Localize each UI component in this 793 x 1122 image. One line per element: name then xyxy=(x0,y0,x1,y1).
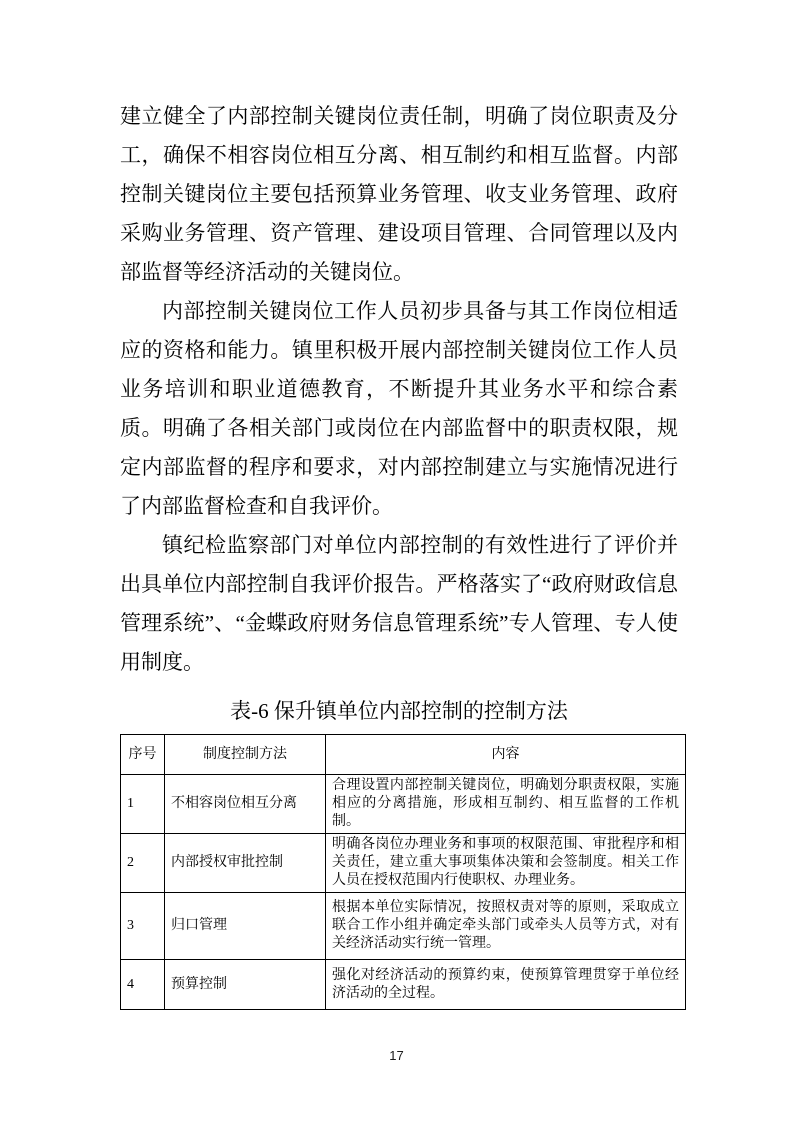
cell-content: 合理设置内部控制关键岗位，明确划分职责权限，实施相应的分离措施，形成相互制约、相… xyxy=(326,775,686,834)
table-caption: 表-6 保升镇单位内部控制的控制方法 xyxy=(120,696,678,726)
paragraph: 内部控制关键岗位工作人员初步具备与其工作岗位相适应的资格和能力。镇里积极开展内部… xyxy=(120,292,678,526)
paragraph: 镇纪检监察部门对单位内部控制的有效性进行了评价并出具单位内部控制自我评价报告。严… xyxy=(120,526,678,682)
cell-index: 2 xyxy=(121,834,165,893)
cell-index: 4 xyxy=(121,960,165,1010)
cell-index: 1 xyxy=(121,775,165,834)
page-number: 17 xyxy=(0,1048,793,1063)
header-cell-index: 序号 xyxy=(121,735,165,775)
header-cell-content: 内容 xyxy=(326,735,686,775)
cell-method: 内部授权审批控制 xyxy=(165,834,326,893)
cell-content: 根据本单位实际情况，按照权责对等的原则，采取成立联合工作小组并确定牵头部门或牵头… xyxy=(326,893,686,960)
header-cell-method: 制度控制方法 xyxy=(165,735,326,775)
control-methods-table: 序号 制度控制方法 内容 1 不相容岗位相互分离 合理设置内部控制关键岗位，明确… xyxy=(120,734,686,1010)
table-row: 4 预算控制 强化对经济活动的预算约束，使预算管理贯穿于单位经济活动的全过程。 xyxy=(121,960,686,1010)
cell-method: 不相容岗位相互分离 xyxy=(165,775,326,834)
cell-content: 明确各岗位办理业务和事项的权限范围、审批程序和相关责任，建立重大事项集体决策和会… xyxy=(326,834,686,893)
paragraph: 建立健全了内部控制关键岗位责任制，明确了岗位职责及分工，确保不相容岗位相互分离、… xyxy=(120,97,678,292)
cell-index: 3 xyxy=(121,893,165,960)
document-page: 建立健全了内部控制关键岗位责任制，明确了岗位职责及分工，确保不相容岗位相互分离、… xyxy=(0,0,793,1122)
table-header-row: 序号 制度控制方法 内容 xyxy=(121,735,686,775)
document-content: 建立健全了内部控制关键岗位责任制，明确了岗位职责及分工，确保不相容岗位相互分离、… xyxy=(120,97,678,1010)
cell-method: 归口管理 xyxy=(165,893,326,960)
cell-method: 预算控制 xyxy=(165,960,326,1010)
table-row: 1 不相容岗位相互分离 合理设置内部控制关键岗位，明确划分职责权限，实施相应的分… xyxy=(121,775,686,834)
cell-content: 强化对经济活动的预算约束，使预算管理贯穿于单位经济活动的全过程。 xyxy=(326,960,686,1010)
table-row: 2 内部授权审批控制 明确各岗位办理业务和事项的权限范围、审批程序和相关责任，建… xyxy=(121,834,686,893)
table-row: 3 归口管理 根据本单位实际情况，按照权责对等的原则，采取成立联合工作小组并确定… xyxy=(121,893,686,960)
